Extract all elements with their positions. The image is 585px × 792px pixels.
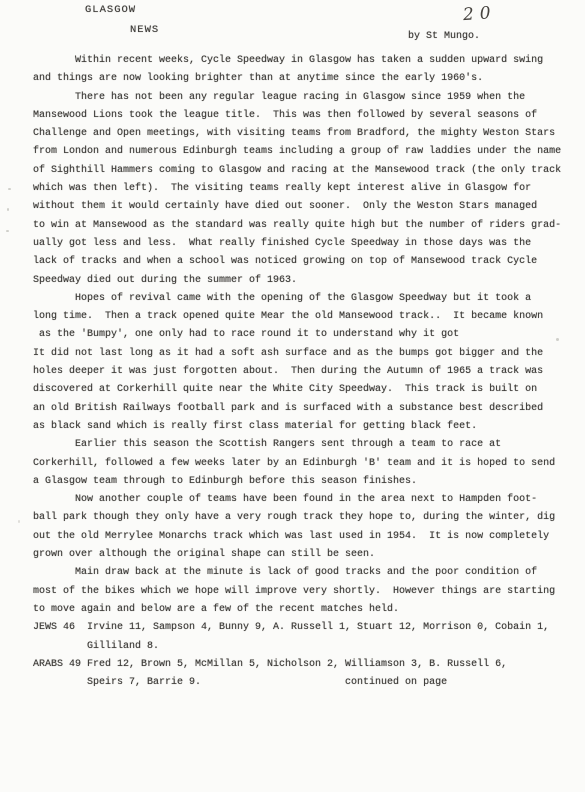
typed-line: as black sand which is really first clas… — [33, 418, 578, 436]
typed-line: holes deeper it was just forgotten about… — [33, 363, 578, 381]
typed-line: Hopes of revival came with the opening o… — [33, 290, 578, 308]
scan-speck — [18, 520, 20, 523]
typed-line: long time. Then a track opened quite Mea… — [33, 308, 578, 326]
typed-line: and things are now looking brighter than… — [33, 70, 578, 88]
masthead-line2: NEWS — [130, 24, 159, 36]
typed-line: Now another couple of teams have been fo… — [33, 491, 578, 509]
masthead-line1: GLASGOW — [85, 4, 136, 16]
typed-line: lack of tracks and when a school was not… — [33, 253, 578, 271]
scan-speck — [556, 338, 559, 341]
typed-line: to move again and below are a few of the… — [33, 601, 578, 619]
typed-line: which was then left). The visiting teams… — [33, 180, 578, 198]
typed-line: Speirs 7, Barrie 9. continued on page — [33, 674, 578, 692]
typed-line: discovered at Corkerhill quite near the … — [33, 381, 578, 399]
typed-line: Earlier this season the Scottish Rangers… — [33, 436, 578, 454]
typed-line: Challenge and Open meetings, with visiti… — [33, 125, 578, 143]
typed-line: JEWS 46 Irvine 11, Sampson 4, Bunny 9, A… — [33, 619, 578, 637]
typed-line: ually got less and less. What really fin… — [33, 235, 578, 253]
typed-line: of Sighthill Hammers coming to Glasgow a… — [33, 162, 578, 180]
typed-line: as the 'Bumpy', one only had to race rou… — [33, 326, 578, 344]
typed-line: There has not been any regular league ra… — [33, 89, 578, 107]
typed-line: Speedway died out during the summer of 1… — [33, 272, 578, 290]
typed-line: grown over although the original shape c… — [33, 546, 578, 564]
typed-line: out the old Merrylee Monarchs track whic… — [33, 528, 578, 546]
scan-speck — [8, 188, 11, 190]
typed-line: an old British Railways football park an… — [33, 400, 578, 418]
byline: by St Mungo. — [408, 31, 480, 42]
typed-line: Corkerhill, followed a few weeks later b… — [33, 455, 578, 473]
typed-line: Within recent weeks, Cycle Speedway in G… — [33, 52, 578, 70]
typed-line: without them it would certainly have die… — [33, 198, 578, 216]
typed-line: ball park though they only have a very r… — [33, 509, 578, 527]
typed-line: ARABS 49 Fred 12, Brown 5, McMillan 5, N… — [33, 656, 578, 674]
scan-speck — [6, 230, 9, 232]
typed-line: a Glasgow team through to Edinburgh befo… — [33, 473, 578, 491]
typed-line: Gilliland 8. — [33, 638, 578, 656]
typed-body: Within recent weeks, Cycle Speedway in G… — [33, 52, 578, 692]
handwritten-page-number: 20 — [462, 3, 497, 25]
document-page: GLASGOW NEWS 20 by St Mungo. Within rece… — [0, 0, 585, 792]
scan-speck — [7, 208, 9, 211]
typed-line: to win at Mansewood as the standard was … — [33, 217, 578, 235]
typed-line: Main draw back at the minute is lack of … — [33, 564, 578, 582]
typed-line: most of the bikes which we hope will imp… — [33, 583, 578, 601]
typed-line: It did not last long as it had a soft as… — [33, 345, 578, 363]
typed-line: from London and numerous Edinburgh teams… — [33, 143, 578, 161]
typed-line: Mansewood Lions took the league title. T… — [33, 107, 578, 125]
